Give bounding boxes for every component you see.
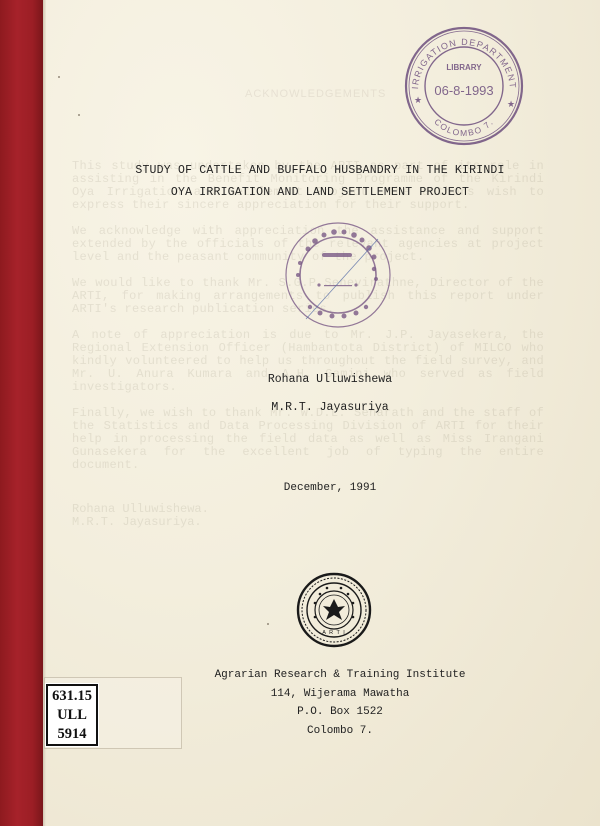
arti-emblem-icon: A R T I — [296, 572, 372, 648]
title-line-1: STUDY OF CATTLE AND BUFFALO HUSBANDRY IN… — [120, 160, 520, 182]
publisher-name: Agrarian Research & Training Institute — [170, 666, 510, 685]
bleed-through-heading: ACKNOWLEDGEMENTS — [245, 88, 386, 100]
paper-speck — [267, 623, 269, 625]
svg-text:★: ★ — [507, 99, 515, 109]
publisher-address-line: P.O. Box 1522 — [170, 703, 510, 722]
seal-stamp-icon — [282, 219, 394, 331]
bleed-signature: M.R.T. Jayasuriya. — [72, 516, 209, 529]
center-stamp — [282, 219, 394, 331]
paper-speck — [58, 76, 60, 78]
svg-text:LIBRARY: LIBRARY — [446, 63, 482, 72]
publisher-address-line: Colombo 7. — [170, 722, 510, 741]
library-stamp-icon: IRRIGATION DEPARTMENT COLOMBO 7. LIBRARY… — [400, 25, 528, 147]
paper-speck — [78, 114, 80, 116]
book-spine — [0, 0, 43, 826]
author-2: M.R.T. Jayasuriya — [200, 394, 460, 422]
call-number-label: 631.15 ULL 5914 — [46, 684, 98, 746]
irrigation-library-stamp: IRRIGATION DEPARTMENT COLOMBO 7. LIBRARY… — [400, 25, 528, 147]
document-page: ACKNOWLEDGEMENTS This study was undertak… — [0, 0, 600, 826]
publisher-address-line: 114, Wijerama Mawatha — [170, 685, 510, 704]
title-line-2: OYA IRRIGATION AND LAND SETTLEMENT PROJE… — [120, 182, 520, 204]
author-1: Rohana Ulluwishewa — [200, 366, 460, 394]
svg-text:★: ★ — [414, 95, 422, 105]
svg-text:A R T I: A R T I — [322, 630, 346, 636]
svg-text:06-8-1993: 06-8-1993 — [434, 83, 493, 98]
publisher-block: Agrarian Research & Training Institute 1… — [170, 666, 510, 740]
bleed-through-signatures: Rohana Ulluwishewa. M.R.T. Jayasuriya. — [72, 503, 209, 529]
authors: Rohana Ulluwishewa M.R.T. Jayasuriya — [200, 366, 460, 422]
svg-text:COLOMBO 7.: COLOMBO 7. — [432, 117, 495, 138]
call-number-author: ULL — [48, 706, 96, 725]
arti-logo: A R T I — [296, 572, 372, 648]
report-title: STUDY OF CATTLE AND BUFFALO HUSBANDRY IN… — [120, 160, 520, 204]
call-number-class: 631.15 — [48, 687, 96, 706]
call-number-accession: 5914 — [48, 725, 96, 744]
publication-date: December, 1991 — [230, 482, 430, 494]
